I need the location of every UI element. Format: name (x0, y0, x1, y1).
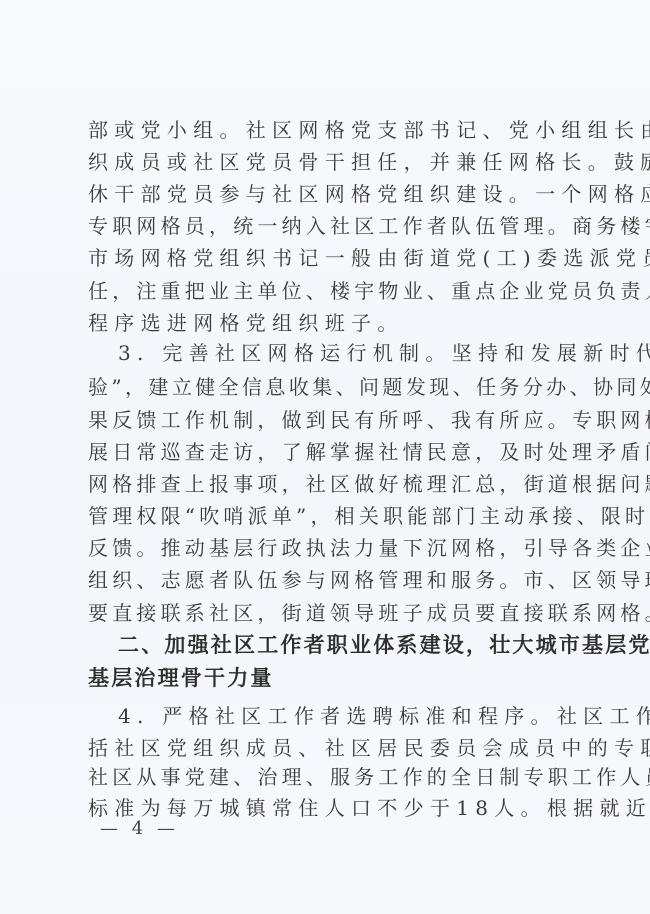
paragraph-end-line: 要直接联系社区，街道领导班子成员要直接联系网格。 (88, 597, 570, 629)
document-page: 部或党小组。社区网格党支部书记、党小组组长由社区党组 织成员或社区党员骨干担任，… (0, 0, 650, 914)
body-line: 网格排查上报事项，社区做好梳理汇总，街道根据问题性质和 (88, 468, 570, 500)
item-4-heading-line: 4. 严格社区工作者选聘标准和程序。社区工作者主要包 (118, 700, 570, 732)
body-line: 专职网格员，统一纳入社区工作者队伍管理。商务楼宇、商圈 (88, 210, 570, 242)
body-line: 展日常巡查走访，了解掌握社情民意，及时处理矛盾问题。对 (88, 436, 570, 468)
body-line: 织成员或社区党员骨干担任，并兼任网格长。鼓励支持离退 (88, 146, 570, 178)
body-line: 验”，建立健全信息收集、问题发现、任务分办、协同处置、结 (88, 371, 570, 403)
paragraph-end-line: 程序选进网格党组织班子。 (88, 307, 570, 339)
body-line: 组织、志愿者队伍参与网格管理和服务。市、区领导班子成员 (88, 564, 570, 596)
body-line: 反馈。推动基层行政执法力量下沉网格，引导各类企业、社会 (88, 532, 570, 564)
body-line: 括社区党组织成员、社区居民委员会成员中的专职人员和在 (88, 732, 570, 764)
page-number: — 4 — (100, 818, 179, 839)
section-heading-line-2: 基层治理骨干力量 (88, 662, 570, 694)
section-heading-line-1: 二、加强社区工作者职业体系建设，壮大城市基层党建和 (118, 629, 570, 661)
body-line: 休干部党员参与社区网格党组织建设。一个网格应配备1名 (88, 178, 570, 210)
body-line: 任，注重把业主单位、楼宇物业、重点企业党员负责人经组织 (88, 275, 570, 307)
body-line: 市场网格党组织书记一般由街道党(工)委选派党员干部担 (88, 242, 570, 274)
body-line: 部或党小组。社区网格党支部书记、党小组组长由社区党组 (88, 114, 570, 146)
body-line: 果反馈工作机制，做到民有所呼、我有所应。专职网格员要开 (88, 404, 570, 436)
body-line: 社区从事党建、治理、服务工作的全日制专职工作人员，配置 (88, 761, 570, 793)
item-3-heading-line: 3. 完善社区网格运行机制。坚持和发展新时代“枫桥经 (118, 337, 570, 369)
body-line: 管理权限“吹哨派单”，相关职能部门主动承接、限时办理并 (88, 500, 570, 532)
